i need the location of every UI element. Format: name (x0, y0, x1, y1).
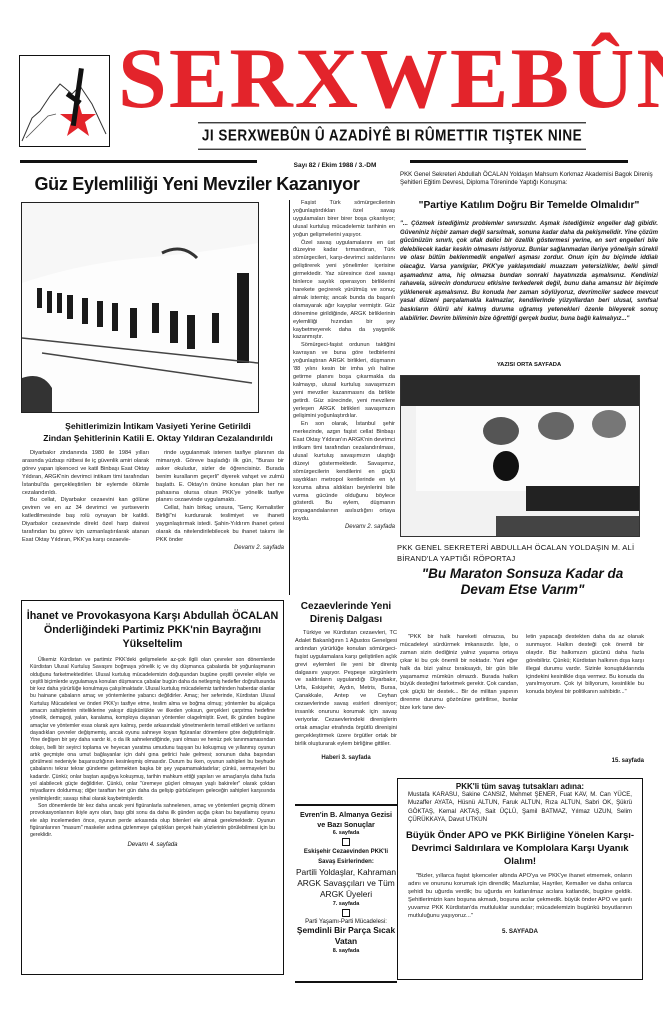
tutsaklar-body: "Bizler, yıllarca faşist işkenceler altı… (398, 872, 642, 920)
interview-col2: letin yapacağı destekten daha da az olan… (526, 634, 644, 697)
tutsaklar-heading: PKK'li tüm savaş tutsakları adına: (398, 782, 642, 791)
toc-item-title[interactable]: Partili Yoldaşlar, Kahraman ARGK Savaşçı… (295, 867, 397, 900)
oktay-col2: rinde uygulanmak istenen tasfiye planını… (156, 450, 284, 553)
lead-body: Faşist Türk sömürgecilerinin yoğunlaştır… (293, 200, 395, 532)
continued-link[interactable]: Haberi 3. sayfada (295, 755, 397, 763)
continued-link[interactable]: 15. sayfada (580, 758, 644, 764)
interview-caption: PKK GENEL SEKRETERİ ABDULLAH ÖCALAN YOLD… (397, 542, 659, 564)
ihanet-headline: İhanet ve Provokasyona Karşı Abdullah ÖC… (22, 609, 283, 651)
continued-link[interactable]: Devamı 4. sayfada (22, 842, 283, 848)
oktay-paragraph: Cellat, hain birkaç unsura, "Genç Kemali… (156, 505, 284, 545)
oktay-paragraph: rinde uygulanmak istenen tasfiye planını… (156, 450, 284, 505)
oktay-paragraph: Bu cellat, Diyarbakır cezaevini kan gölü… (22, 497, 149, 544)
continued-link[interactable]: Devamı 2. sayfada (293, 524, 395, 532)
red-star-fighter-icon (20, 56, 109, 146)
lead-paragraph: Özel savaş uygulamalarını en üst düzeyin… (293, 240, 395, 343)
continued-link[interactable]: 5. SAYFADA (398, 928, 642, 935)
guerrilla-column-photo (21, 202, 259, 413)
oktay-headline-line1: Şehitlerimizin İntikam Vasiyeti Yerine G… (22, 420, 294, 432)
akademi-quote: "... Çözmek istediğimiz problemler sınır… (400, 220, 658, 323)
toc-item-title[interactable]: Evren'in B. Almanya Gezisi ve Bazı Sonuç… (295, 810, 397, 829)
lead-headline: Güz Eylemliliği Yeni Mevziler Kazanıyor (22, 174, 372, 195)
column-divider (289, 200, 290, 595)
section-rule (295, 804, 397, 806)
table-of-contents: Evren'in B. Almanya Gezisi ve Bazı Sonuç… (295, 810, 397, 956)
section-rule (295, 981, 397, 983)
continued-link[interactable]: YAZISI ORTA SAYFADA (400, 362, 658, 368)
newspaper-title: SERXWEBÛN (118, 38, 648, 118)
oktay-headline-line2: Zindan Şehitlerinin Katili E. Oktay Yıld… (22, 432, 294, 444)
square-bullet-icon (342, 909, 350, 917)
oktay-headline: Şehitlerimizin İntikam Vasiyeti Yerine G… (22, 420, 294, 444)
toc-item-title[interactable]: Şemdinli Bir Parça Sıcak Vatan (295, 925, 397, 947)
cezaevleri-body: Türkiye ve Kürdistan cezaevleri, TC Adal… (295, 630, 397, 763)
ocalan-interview-photo (400, 375, 640, 537)
toc-item-page: 7. sayfada (295, 901, 397, 907)
ihanet-body: Ülkemiz Kürdistan ve partimiz PKK'deki g… (22, 657, 283, 839)
interview-paragraph: letin yapacağı destekten daha da az olan… (526, 634, 644, 697)
logo-emblem (19, 55, 110, 147)
cezaevleri-paragraph: Türkiye ve Kürdistan cezaevleri, TC Adal… (295, 630, 397, 749)
interview-paragraph: "PKK bir halk hareketi olmazsa, bu mücad… (400, 634, 518, 713)
toc-item-page: 8. sayfada (295, 948, 397, 954)
tutsaklar-names: Mustafa KARASU, Sakine CANSIZ, Mehmet ŞE… (398, 791, 642, 824)
ihanet-paragraph: Son dönemlerde bir kez daha ancak yeni f… (30, 803, 275, 839)
lead-paragraph: Sömürgeci-faşist ordunun taktiğini kavra… (293, 342, 395, 421)
tutsaklar-headline: Büyük Önder APO ve PKK Birliğine Yönelen… (398, 829, 642, 868)
ihanet-article-box: İhanet ve Provokasyona Karşı Abdullah ÖC… (21, 600, 284, 975)
ihanet-paragraph: Ülkemiz Kürdistan ve partimiz PKK'deki g… (30, 657, 275, 803)
interview-col1: "PKK bir halk hareketi olmazsa, bu mücad… (400, 634, 518, 713)
toc-item-page: 6. sayfada (295, 830, 397, 836)
tagline: JI SERXWEBÛN Û AZADİYÊ BI RÛMETTIR TIŞTE… (198, 122, 586, 150)
lead-paragraph: En son olarak, İstanbul şehir merkezinde… (293, 421, 395, 524)
issue-info: Sayı 82 / Ekim 1988 / 3.-DM (265, 162, 405, 169)
continued-link[interactable]: Devamı 2. sayfada (156, 545, 284, 553)
tutsaklar-paragraph: "Bizler, yıllarca faşist işkenceler altı… (408, 872, 632, 920)
header-rule-left (20, 160, 257, 163)
header-rule-right (410, 160, 628, 163)
square-bullet-icon (342, 838, 350, 846)
tutsaklar-box: PKK'li tüm savaş tutsakları adına: Musta… (397, 778, 643, 980)
oktay-paragraph: Diyarbakır zindanında 1980 ile 1984 yıll… (22, 450, 149, 497)
akademi-headline: "Partiye Katılım Doğru Bir Temelde Olmal… (400, 200, 658, 211)
oktay-col1: Diyarbakır zindanında 1980 ile 1984 yıll… (22, 450, 149, 545)
lead-paragraph: Faşist Türk sömürgecilerinin yoğunlaştır… (293, 200, 395, 240)
akademi-intro: PKK Genel Sekreteri Abdullah ÖCALAN Yold… (400, 171, 658, 187)
interview-headline: "Bu Maraton Sonsuza Kadar da Devam Etse … (400, 566, 645, 598)
toc-item-kicker: Eskişehir Cezaevinden PKK'li Savaş Esirl… (295, 848, 397, 867)
cezaevleri-headline: Cezaevlerinde Yeni Direniş Dalgası (295, 600, 397, 626)
